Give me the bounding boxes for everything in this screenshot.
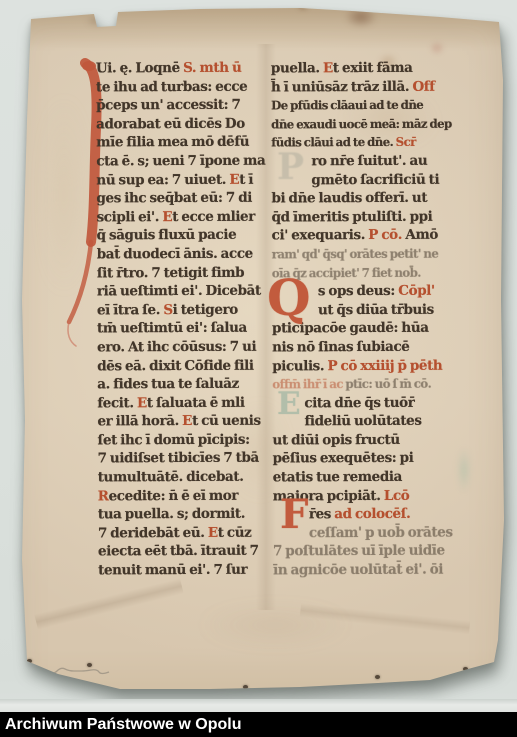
- manuscript-line: fecit. Et ſaluata ē mli: [97, 393, 267, 412]
- ink-text: ero. At ihc cōūsus: 7 ui: [97, 339, 256, 356]
- manuscript-line: bat̄ duodecī ānis. acce: [97, 245, 267, 264]
- manuscript-line: piculis. P cō xxiiij p̄ pēth: [272, 356, 468, 375]
- sewing-hole: [27, 659, 32, 663]
- ink-text: q̄ sāguis fluxū pacie: [97, 227, 237, 244]
- sewing-hole: [87, 663, 92, 667]
- ink-text: adorabat eū dicēs Do: [96, 116, 245, 133]
- rubric-text: Cōpl': [398, 283, 435, 299]
- ink-text: a. fides tua te ſaluāz: [97, 376, 239, 393]
- rubric-text: offm̄ ihr̄ ī ac: [272, 377, 343, 391]
- ink-text: ram' qd' q̄sq' orātes petit' ne: [272, 247, 439, 262]
- rubric-text: R: [98, 488, 109, 504]
- ink-text: t ſaluata ē mli: [147, 394, 245, 410]
- manuscript-line: ut diūi opis fructū: [272, 430, 468, 449]
- ink-text: nū sup ea: 7 uiuet.: [96, 171, 229, 188]
- manuscript-line: dn̄e exaudi uocē meā: māz dep: [271, 114, 467, 133]
- manuscript-line: mīe filia mea mō dēfū: [96, 133, 266, 152]
- manuscript-line: ſit r̄tro. 7 tetigit fimb: [97, 263, 267, 282]
- manuscript-line: ges ihc seq̄bat eū: 7 di: [96, 189, 266, 208]
- ink-text: cita dn̄e q̄s tuōr̄: [304, 394, 414, 410]
- ink-text: t cūz: [218, 525, 252, 541]
- ink-text: riā ueſtimti ei'. Dicebāt: [97, 283, 261, 300]
- ink-text: t ecce mlier: [172, 208, 255, 224]
- ink-text: Amō: [402, 227, 438, 243]
- rubric-text: S. mth ū: [180, 60, 242, 76]
- rubric-text: E: [182, 413, 192, 429]
- caption-bar: Archiwum Państwowe w Opolu: [0, 712, 517, 737]
- ink-text: bat̄ duodecī ānis. acce: [97, 246, 253, 263]
- ink-text: 7 deridebāt eū.: [98, 525, 208, 541]
- ink-text: ges ihc seq̄bat eū: 7 di: [96, 190, 252, 207]
- ink-text: p̄ceps un' accessit: 7: [96, 97, 241, 114]
- ink-text: ro nr̄e ſuitut'. au: [311, 153, 427, 170]
- manuscript-line: s ops deus: Cōpl': [272, 282, 468, 301]
- manuscript-line: r̄es ad colocēſ.: [273, 505, 469, 524]
- pencil-note: [38, 668, 109, 677]
- ink-text: fideliū uolūtates: [304, 413, 421, 430]
- ink-text: ut diūi opis fructū: [272, 432, 399, 449]
- rubric-text: S: [163, 302, 172, 318]
- manuscript-line: p̄ceps un' accessit: 7: [96, 96, 266, 115]
- ink-text: ecedite: n̄ ē eī mor: [109, 487, 239, 504]
- ink-text: te ihu ad turbas: ecce: [96, 78, 247, 95]
- manuscript-line: eiecta eēt tbā. ītrauit 7: [98, 542, 268, 561]
- ink-text: ceſſam' p uob̄ orātes: [309, 524, 453, 541]
- rubric-text: E: [162, 209, 172, 225]
- ink-text: tua puella. s; dormit.: [98, 506, 245, 523]
- manuscript-leaf: Ui. ę. Loqnē S. mth ūte ihu ad turbas: e…: [0, 0, 517, 737]
- manuscript-line: cta ē. s; ueni 7 īpone ma: [96, 152, 266, 171]
- stain: [38, 60, 90, 330]
- ink-text: ut q̄s diūa tr̄buis: [318, 301, 434, 318]
- ink-text: cta ē. s; ueni 7 īpone ma: [96, 153, 265, 170]
- ink-text: 7 uidiſset tibicīes 7 tbā: [98, 450, 259, 467]
- manuscript-line: adorabat eū dicēs Do: [96, 114, 266, 133]
- ink-text: fecit.: [97, 395, 137, 411]
- ink-text: fūdis clāui ad te dn̄e.: [271, 135, 395, 150]
- manuscript-line: offm̄ ihr̄ ī ac ptīc: uō ſ m̄ cō.: [272, 375, 468, 394]
- manuscript-line: ceſſam' p uob̄ orātes: [273, 523, 469, 542]
- manuscript-line: pēſius exequētes: pi: [273, 449, 469, 468]
- text-column-left: Ui. ę. Loqnē S. mth ūte ihu ad turbas: e…: [96, 59, 268, 580]
- manuscript-line: fideliū uolūtates: [272, 412, 468, 431]
- rubric-text: Off: [412, 78, 434, 94]
- sewing-hole: [243, 685, 248, 689]
- manuscript-line: De pfūdis clāaui ad te dn̄e: [271, 96, 467, 115]
- manuscript-line: q̄d īmeritis ptuliſti. ppi: [272, 207, 468, 226]
- manuscript-line: bi dn̄e laudis offerī. ut: [271, 189, 467, 208]
- manuscript-line: gmēto ſacrificiū ti: [271, 170, 467, 189]
- manuscript-line: ro nr̄e ſuitut'. au: [271, 152, 467, 171]
- manuscript-line: riā ueſtimti ei'. Dicebāt: [97, 282, 267, 301]
- manuscript-line: 7 deridebāt eū. Et cūz: [98, 523, 268, 542]
- sewing-hole: [463, 667, 468, 671]
- manuscript-line: tenuit manū ei'. 7 ſur: [98, 561, 268, 580]
- manuscript-line: a. fides tua te ſaluāz: [97, 375, 267, 394]
- ink-text: pēſius exequētes: pi: [273, 450, 414, 467]
- sewing-hole: [375, 675, 380, 679]
- stain: [294, 1, 312, 13]
- stain: [426, 38, 448, 58]
- parchment-page: Ui. ę. Loqnē S. mth ūte ihu ad turbas: e…: [0, 0, 517, 737]
- wrinkle: [34, 578, 183, 630]
- ink-text: t ī: [239, 171, 253, 187]
- stain: [82, 13, 110, 29]
- top-edge-shading: [20, 8, 500, 48]
- ink-text: De pfūdis clāaui ad te dn̄e: [271, 98, 423, 113]
- ink-text: maiora pcipiāt.: [273, 488, 384, 504]
- ink-text: eiecta eēt tbā. ītrauit 7: [98, 543, 259, 560]
- ink-text: nis nō ſinas ſubiacē: [272, 339, 409, 356]
- initial-i-marginal: [68, 61, 97, 346]
- ink-text: ci' exequaris.: [272, 227, 369, 243]
- manuscript-line: q̄ sāguis fluxū pacie: [97, 226, 267, 245]
- ink-text: pticipacōe gaudē: hūa: [272, 320, 429, 337]
- manuscript-line: pticipacōe gaudē: hūa: [272, 319, 468, 338]
- archive-scan: Ui. ę. Loqnē S. mth ūte ihu ad turbas: e…: [0, 0, 517, 737]
- ink-text: h̄ ī uniūsāz trāz illā.: [271, 78, 413, 95]
- rubric-text: P cō.: [368, 227, 402, 243]
- manuscript-line: tua puella. s; dormit.: [98, 505, 268, 524]
- ink-text: ſit r̄tro. 7 tetigit fimb: [97, 264, 244, 281]
- manuscript-line: ero. At ihc cōūsus: 7 ui: [97, 338, 267, 357]
- manuscript-line: ut q̄s diūa tr̄buis: [272, 300, 468, 319]
- ink-text: tenuit manū ei'. 7 ſur: [98, 562, 247, 579]
- ink-text: 7 poſtulātes uī īple uidīe: [273, 543, 445, 560]
- ink-text: r̄es: [309, 506, 334, 522]
- ink-text: oīa q̄z accipiet' 7 fiet nob̄.: [272, 265, 421, 280]
- manuscript-line: cita dn̄e q̄s tuōr̄: [272, 393, 468, 412]
- ink-text: mīe filia mea mō dēfū: [96, 134, 249, 151]
- stain: [170, 598, 380, 652]
- manuscript-line: oīa q̄z accipiet' 7 fiet nob̄.: [272, 263, 468, 282]
- manuscript-line: tm̄ ueſtimtū ei': ſalua: [97, 319, 267, 338]
- manuscript-line: puella. Et exiit fāma: [271, 59, 467, 78]
- wrinkle: [300, 603, 471, 635]
- manuscript-line: dēs eā. dixit Cōfide fili: [97, 356, 267, 375]
- rubric-text: P cō xxiiij p̄ pēth: [327, 357, 442, 374]
- ink-text: ſet ihc ī domū pīcipis:: [97, 432, 249, 449]
- ink-text: scipli ei'.: [97, 209, 163, 225]
- ink-text: eī ītra ſe.: [97, 302, 163, 318]
- ink-text: t exiit fāma: [333, 60, 413, 76]
- manuscript-line: maiora pcipiāt. Lcō: [273, 486, 469, 505]
- manuscript-line: 7 uidiſset tibicīes 7 tbā: [98, 449, 268, 468]
- manuscript-line: Recedite: n̄ ē eī mor: [98, 486, 268, 505]
- manuscript-line: ram' qd' q̄sq' orātes petit' ne: [272, 245, 468, 264]
- ink-text: ptīc: uō ſ m̄ cō.: [343, 377, 431, 391]
- manuscript-line: scipli ei'. Et ecce mlier: [97, 207, 267, 226]
- text-column-right: puella. Et exiit fāmah̄ ī uniūsāz trāz i…: [271, 59, 469, 580]
- manuscript-line: h̄ ī uniūsāz trāz illā. Off: [271, 77, 467, 96]
- ink-text: i tetigero: [173, 301, 238, 317]
- manuscript-line: eī ītra ſe. Si tetigero: [97, 300, 267, 319]
- archive-caption: Archiwum Państwowe w Opolu: [5, 716, 241, 734]
- ink-text: t cū uenis: [192, 413, 261, 429]
- ink-text: Ui. ę. Loqnē: [96, 60, 180, 76]
- manuscript-line: Ui. ę. Loqnē S. mth ū: [96, 59, 266, 78]
- ink-text: gmēto ſacrificiū ti: [311, 171, 439, 188]
- ink-text: etatis tue remedia: [273, 469, 402, 486]
- ink-text: dn̄e exaudi uocē meā: māz dep: [271, 116, 452, 131]
- rubric-text: Lcō: [384, 487, 410, 503]
- manuscript-line: tumultuātē. dicebat.: [98, 468, 268, 487]
- rubric-text: ad colocēſ.: [334, 506, 410, 522]
- ink-text: bi dn̄e laudis offerī. ut: [271, 190, 427, 207]
- manuscript-line: 7 poſtulātes uī īple uidīe: [273, 542, 469, 561]
- ink-text: q̄d īmeritis ptuliſti. ppi: [272, 208, 433, 225]
- ink-text: īn agnicōe uolūtat̄ ei'. ōi: [273, 562, 443, 579]
- manuscript-line: nis nō ſinas ſubiacē: [272, 337, 468, 356]
- manuscript-line: nū sup ea: 7 uiuet. Et ī: [96, 170, 266, 189]
- ink-text: dēs eā. dixit Cōfide fili: [97, 357, 253, 374]
- manuscript-line: er illā horā. Et cū uenis: [97, 412, 267, 431]
- ink-text: er illā horā.: [97, 413, 182, 429]
- manuscript-line: fūdis clāui ad te dn̄e. Scr̄: [271, 133, 467, 152]
- ink-text: tm̄ ueſtimtū ei': ſalua: [97, 320, 247, 337]
- manuscript-line: īn agnicōe uolūtat̄ ei'. ōi: [273, 561, 469, 580]
- ink-text: s ops deus:: [318, 283, 398, 299]
- rubric-text: E: [323, 60, 333, 76]
- manuscript-line: te ihu ad turbas: ecce: [96, 77, 266, 96]
- rubric-text: E: [208, 525, 218, 541]
- manuscript-line: etatis tue remedia: [273, 468, 469, 487]
- manuscript-line: ſet ihc ī domū pīcipis:: [97, 431, 267, 450]
- sewing-hole: [451, 678, 456, 682]
- ink-text: piculis.: [272, 358, 327, 374]
- rubric-text: E: [229, 171, 239, 187]
- manuscript-line: ci' exequaris. P cō. Amō: [272, 226, 468, 245]
- rubric-text: Scr̄: [396, 135, 416, 149]
- ink-text: tumultuātē. dicebat.: [98, 469, 244, 486]
- ink-text: puella.: [271, 60, 323, 76]
- stain: [338, 2, 384, 32]
- mat-strip: [0, 699, 517, 712]
